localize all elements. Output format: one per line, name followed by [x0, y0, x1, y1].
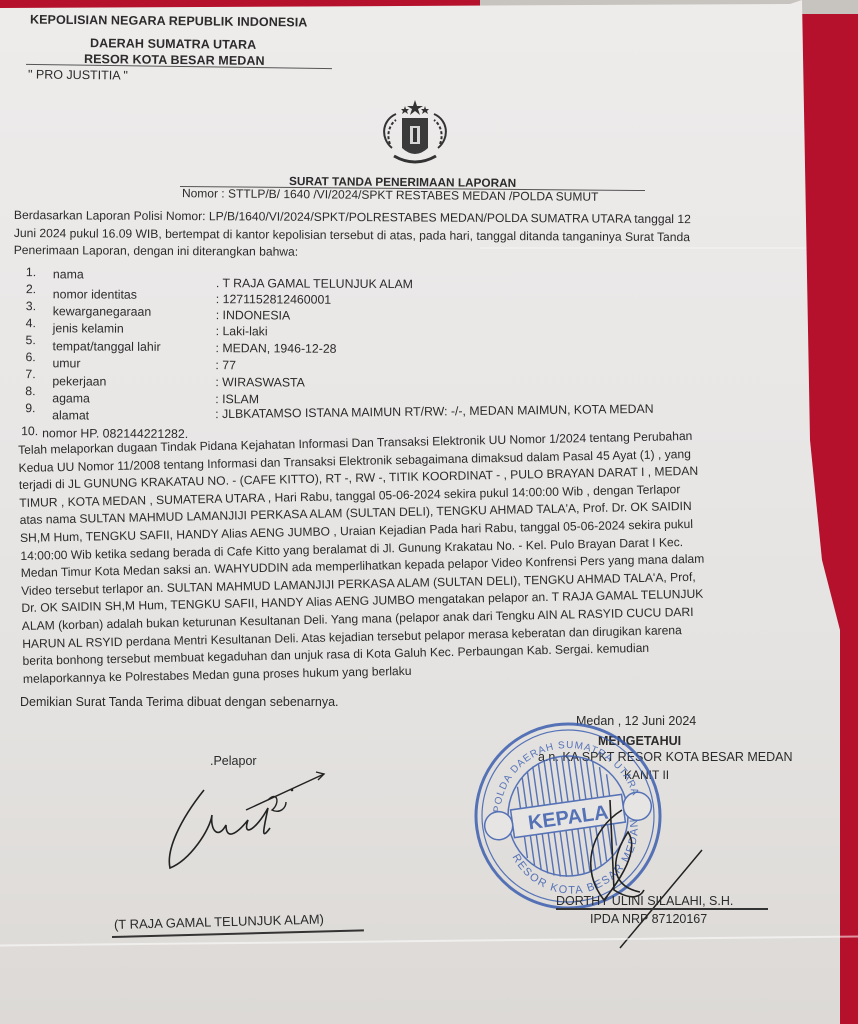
field-number: 4. [26, 316, 36, 330]
field-label-agama: agama [52, 391, 90, 405]
field-value-umur: : 77 [215, 358, 236, 372]
field-label-nama: nama [53, 267, 84, 281]
field-number: 2. [26, 282, 36, 296]
field-label-umur: umur [52, 356, 80, 370]
field-label-pekerjaan: pekerjaan [52, 374, 106, 388]
document-paper: KEPOLISIAN NEGARA REPUBLIK INDONESIA DAE… [0, 0, 840, 1024]
header-region: DAERAH SUMATRA UTARA [90, 36, 256, 52]
officer-name-underline [556, 908, 768, 910]
reporter-name: (T RAJA GAMAL TELUNJUK ALAM) [114, 913, 324, 932]
field-label-kewarganegaraan: kewarganegaraan [53, 304, 152, 319]
intro-paragraph: Berdasarkan Laporan Polisi Nomor: LP/B/1… [14, 207, 691, 264]
header-institution: KEPOLISIAN NEGARA REPUBLIK INDONESIA [30, 13, 308, 30]
paper-fold [480, 247, 820, 249]
field-value-pekerjaan: : WIRASWASTA [215, 375, 305, 389]
field-number: 8. [25, 384, 35, 398]
field-number: 5. [26, 333, 36, 347]
field-value-tempat-tanggal-lahir: : MEDAN, 1946-12-28 [216, 341, 337, 356]
reporter-role: .Pelapor [210, 754, 257, 768]
field-value-kewarganegaraan: : INDONESIA [216, 308, 291, 322]
field-label-nomor-identitas: nomor identitas [53, 287, 137, 301]
field-number: 3. [26, 299, 36, 313]
police-emblem-icon [372, 98, 458, 172]
field-number: 1. [26, 265, 36, 279]
field-label-alamat: alamat [52, 408, 89, 422]
field-value-nomor-identitas: : 1271152812460001 [216, 292, 331, 307]
field-value-jenis-kelamin: : Laki-laki [216, 324, 268, 338]
field-value-agama: : ISLAM [215, 392, 259, 406]
pro-justitia: " PRO JUSTITIA " [28, 67, 128, 82]
field-value-nama: . T RAJA GAMAL TELUNJUK ALAM [216, 276, 413, 291]
officer-rank: IPDA NRP 87120167 [590, 912, 707, 926]
field-value-alamat: : JLBKATAMSO ISTANA MAIMUN RT/RW: -/-, M… [215, 402, 654, 421]
closing-statement: Demikian Surat Tanda Terima dibuat denga… [20, 695, 339, 709]
paper-fold [0, 936, 858, 947]
document-number: Nomor : STTLP/B/ 1640 /VI/2024/SPKT REST… [182, 186, 598, 204]
officer-signature-icon [580, 790, 720, 960]
reporter-signature-icon [160, 770, 330, 880]
field-number: 9. [25, 401, 35, 415]
field-number: 6. [25, 350, 35, 364]
field-number: 10. [21, 424, 38, 438]
report-body: Telah melaporkan dugaan Tindak Pidana Ke… [18, 428, 707, 689]
field-label-jenis-kelamin: jenis kelamin [53, 321, 124, 335]
officer-name: DORTHY ULINI SILALAHI, S.H. [556, 894, 733, 908]
field-label-tempat-tanggal-lahir: tempat/tanggal lahir [53, 339, 161, 354]
field-number: 7. [25, 367, 35, 381]
